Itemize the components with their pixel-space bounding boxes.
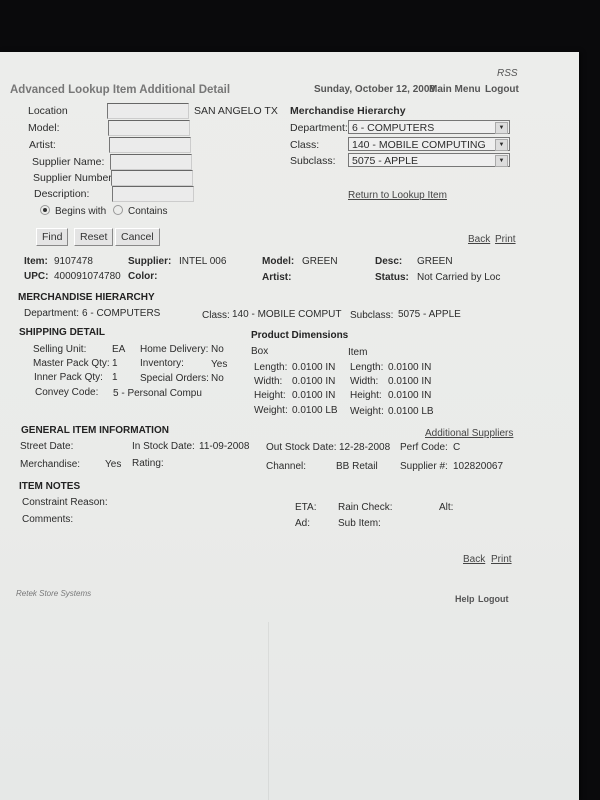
department-label: Department: bbox=[24, 308, 79, 319]
inventory-label: Inventory: bbox=[140, 358, 184, 369]
status-value: Not Carried by Loc bbox=[417, 272, 500, 283]
radio-contains[interactable]: Contains bbox=[113, 205, 167, 217]
cancel-button[interactable]: Cancel bbox=[115, 228, 160, 246]
selling-unit-label: Selling Unit: bbox=[33, 344, 86, 355]
master-pack-label: Master Pack Qty: bbox=[33, 358, 110, 369]
rss-link[interactable]: RSS bbox=[497, 68, 518, 79]
dimension-label: Height: bbox=[350, 390, 382, 401]
alt-label: Alt: bbox=[439, 502, 453, 513]
radio-contains-label: Contains bbox=[128, 206, 167, 217]
find-button[interactable]: Find bbox=[36, 228, 68, 246]
dimension-label: Length: bbox=[254, 362, 287, 373]
print-link-top[interactable]: Print bbox=[495, 234, 516, 245]
supplier-number-input[interactable] bbox=[111, 170, 193, 186]
box-heading: Box bbox=[251, 346, 268, 357]
eta-label: ETA: bbox=[295, 502, 316, 513]
in-stock-date-value: 11-09-2008 bbox=[199, 441, 249, 452]
inner-pack-label: Inner Pack Qty: bbox=[34, 372, 103, 383]
radio-selected-icon bbox=[40, 205, 50, 215]
department-value: 6 - COMPUTERS bbox=[82, 308, 160, 319]
department-select[interactable]: 6 - COMPUTERS ▼ bbox=[348, 120, 510, 134]
location-name: SAN ANGELO TX bbox=[194, 105, 278, 117]
home-delivery-value: No bbox=[211, 344, 224, 355]
desc-value: GREEN bbox=[417, 256, 453, 267]
general-heading: GENERAL ITEM INFORMATION bbox=[21, 425, 169, 436]
department-filter-label: Department: bbox=[290, 122, 348, 134]
class-select[interactable]: 140 - MOBILE COMPUTING ▼ bbox=[348, 137, 510, 151]
dimension-value: 0.0100 IN bbox=[292, 390, 335, 401]
special-orders-label: Special Orders: bbox=[140, 373, 209, 384]
rating-label: Rating: bbox=[132, 458, 164, 469]
rain-check-label: Rain Check: bbox=[338, 502, 392, 513]
perf-code-value: C bbox=[453, 442, 460, 453]
supplier-value: INTEL 006 bbox=[179, 256, 226, 267]
selling-unit-value: EA bbox=[112, 344, 125, 355]
chevron-down-icon: ▼ bbox=[495, 122, 508, 134]
item-value: 9107478 bbox=[54, 256, 93, 267]
dimension-value: 0.0100 IN bbox=[292, 362, 335, 373]
class-select-value: 140 - MOBILE COMPUTING bbox=[352, 139, 486, 151]
footer-brand: Retek Store Systems bbox=[16, 589, 91, 598]
artist-label: Artist: bbox=[29, 139, 56, 151]
supplier-name-label: Supplier Name: bbox=[32, 156, 104, 168]
printed-page: RSS Advanced Lookup Item Additional Deta… bbox=[0, 52, 579, 800]
supplier-number-label: Supplier Number: bbox=[33, 172, 115, 184]
radio-begins-with-label: Begins with bbox=[55, 206, 106, 217]
master-pack-value: 1 bbox=[112, 358, 118, 369]
item-notes-heading: ITEM NOTES bbox=[19, 481, 80, 492]
perf-code-label: Perf Code: bbox=[400, 442, 448, 453]
return-to-lookup-link[interactable]: Return to Lookup Item bbox=[348, 190, 447, 201]
model-label: Model: bbox=[28, 122, 60, 134]
item-label: Item: bbox=[24, 256, 48, 267]
upc-label: UPC: bbox=[24, 271, 48, 282]
class-filter-label: Class: bbox=[290, 139, 319, 151]
model-input[interactable] bbox=[108, 120, 190, 136]
dimension-label: Weight: bbox=[350, 406, 384, 417]
print-link-bottom[interactable]: Print bbox=[491, 554, 512, 565]
supplier-label: Supplier: bbox=[128, 256, 171, 267]
dimension-value: 0.0100 LB bbox=[388, 406, 434, 417]
dimension-label: Width: bbox=[254, 376, 282, 387]
chevron-down-icon: ▼ bbox=[495, 139, 508, 151]
street-date-label: Street Date: bbox=[20, 441, 73, 452]
artist-input[interactable] bbox=[109, 137, 191, 153]
constraint-reason-label: Constraint Reason: bbox=[22, 497, 108, 508]
department-select-value: 6 - COMPUTERS bbox=[352, 122, 434, 134]
channel-value: BB Retail bbox=[336, 461, 378, 472]
location-label: Location bbox=[28, 105, 68, 117]
dimension-label: Height: bbox=[254, 390, 286, 401]
dimension-value: 0.0100 IN bbox=[388, 390, 431, 401]
radio-begins-with[interactable]: Begins with bbox=[40, 205, 106, 217]
dimension-value: 0.0100 IN bbox=[388, 362, 431, 373]
chevron-down-icon: ▼ bbox=[495, 155, 508, 167]
back-link-bottom[interactable]: Back bbox=[463, 554, 485, 565]
subclass-value: 5075 - APPLE bbox=[398, 309, 461, 320]
in-stock-date-label: In Stock Date: bbox=[132, 441, 195, 452]
dimensions-heading: Product Dimensions bbox=[251, 330, 348, 341]
merch-hierarchy-heading: MERCHANDISE HIERARCHY bbox=[18, 292, 155, 303]
header-date: Sunday, October 12, 2008 bbox=[314, 84, 435, 95]
location-input[interactable] bbox=[107, 103, 189, 119]
comments-label: Comments: bbox=[22, 514, 73, 525]
status-label: Status: bbox=[375, 272, 409, 283]
home-delivery-label: Home Delivery: bbox=[140, 344, 208, 355]
radio-unselected-icon bbox=[113, 205, 123, 215]
description-label: Description: bbox=[34, 188, 89, 200]
artist-detail-label: Artist: bbox=[262, 272, 291, 283]
supplier-number-detail-label: Supplier #: bbox=[400, 461, 448, 472]
subclass-select-value: 5075 - APPLE bbox=[352, 155, 418, 167]
out-stock-date-value: 12-28-2008 bbox=[339, 442, 390, 453]
supplier-name-input[interactable] bbox=[110, 154, 192, 170]
dimension-value: 0.0100 IN bbox=[292, 376, 335, 387]
dimension-label: Length: bbox=[350, 362, 383, 373]
hierarchy-filter-heading: Merchandise Hierarchy bbox=[290, 105, 406, 117]
item-dims-heading: Item bbox=[348, 347, 367, 358]
channel-label: Channel: bbox=[266, 461, 306, 472]
footer-help-link[interactable]: Help bbox=[455, 594, 475, 604]
main-menu-link[interactable]: Main Menu bbox=[429, 84, 481, 95]
dimension-label: Weight: bbox=[254, 405, 288, 416]
page-title: Advanced Lookup Item Additional Detail bbox=[10, 84, 230, 96]
shipping-heading: SHIPPING DETAIL bbox=[19, 327, 105, 338]
out-stock-date-label: Out Stock Date: bbox=[266, 442, 337, 453]
class-value: 140 - MOBILE COMPUT bbox=[232, 309, 341, 320]
subclass-select[interactable]: 5075 - APPLE ▼ bbox=[348, 153, 510, 167]
additional-suppliers-link[interactable]: Additional Suppliers bbox=[425, 428, 513, 439]
desc-label: Desc: bbox=[375, 256, 402, 267]
color-label: Color: bbox=[128, 271, 157, 282]
reset-button[interactable]: Reset bbox=[74, 228, 113, 246]
class-label: Class: bbox=[202, 310, 230, 321]
upc-value: 400091074780 bbox=[54, 271, 121, 282]
dimension-value: 0.0100 IN bbox=[388, 376, 431, 387]
merchandise-value: Yes bbox=[105, 459, 121, 470]
back-link-top[interactable]: Back bbox=[468, 234, 490, 245]
convey-code-label: Convey Code: bbox=[35, 387, 98, 398]
subclass-label: Subclass: bbox=[350, 310, 393, 321]
description-input[interactable] bbox=[112, 186, 194, 202]
inventory-value: Yes bbox=[211, 359, 227, 370]
merchandise-label: Merchandise: bbox=[20, 459, 80, 470]
header-logout-link[interactable]: Logout bbox=[485, 84, 519, 95]
dimension-label: Width: bbox=[350, 376, 378, 387]
model-detail-value: GREEN bbox=[302, 256, 338, 267]
convey-code-value: 5 - Personal Compu bbox=[113, 388, 202, 399]
inner-pack-value: 1 bbox=[112, 372, 118, 383]
subclass-filter-label: Subclass: bbox=[290, 155, 336, 167]
dimension-value: 0.0100 LB bbox=[292, 405, 338, 416]
footer-logout-link[interactable]: Logout bbox=[478, 594, 509, 604]
model-detail-label: Model: bbox=[262, 256, 294, 267]
ad-label: Ad: bbox=[295, 518, 310, 529]
special-orders-value: No bbox=[211, 373, 224, 384]
supplier-number-detail-value: 102820067 bbox=[453, 461, 503, 472]
sub-item-label: Sub Item: bbox=[338, 518, 381, 529]
